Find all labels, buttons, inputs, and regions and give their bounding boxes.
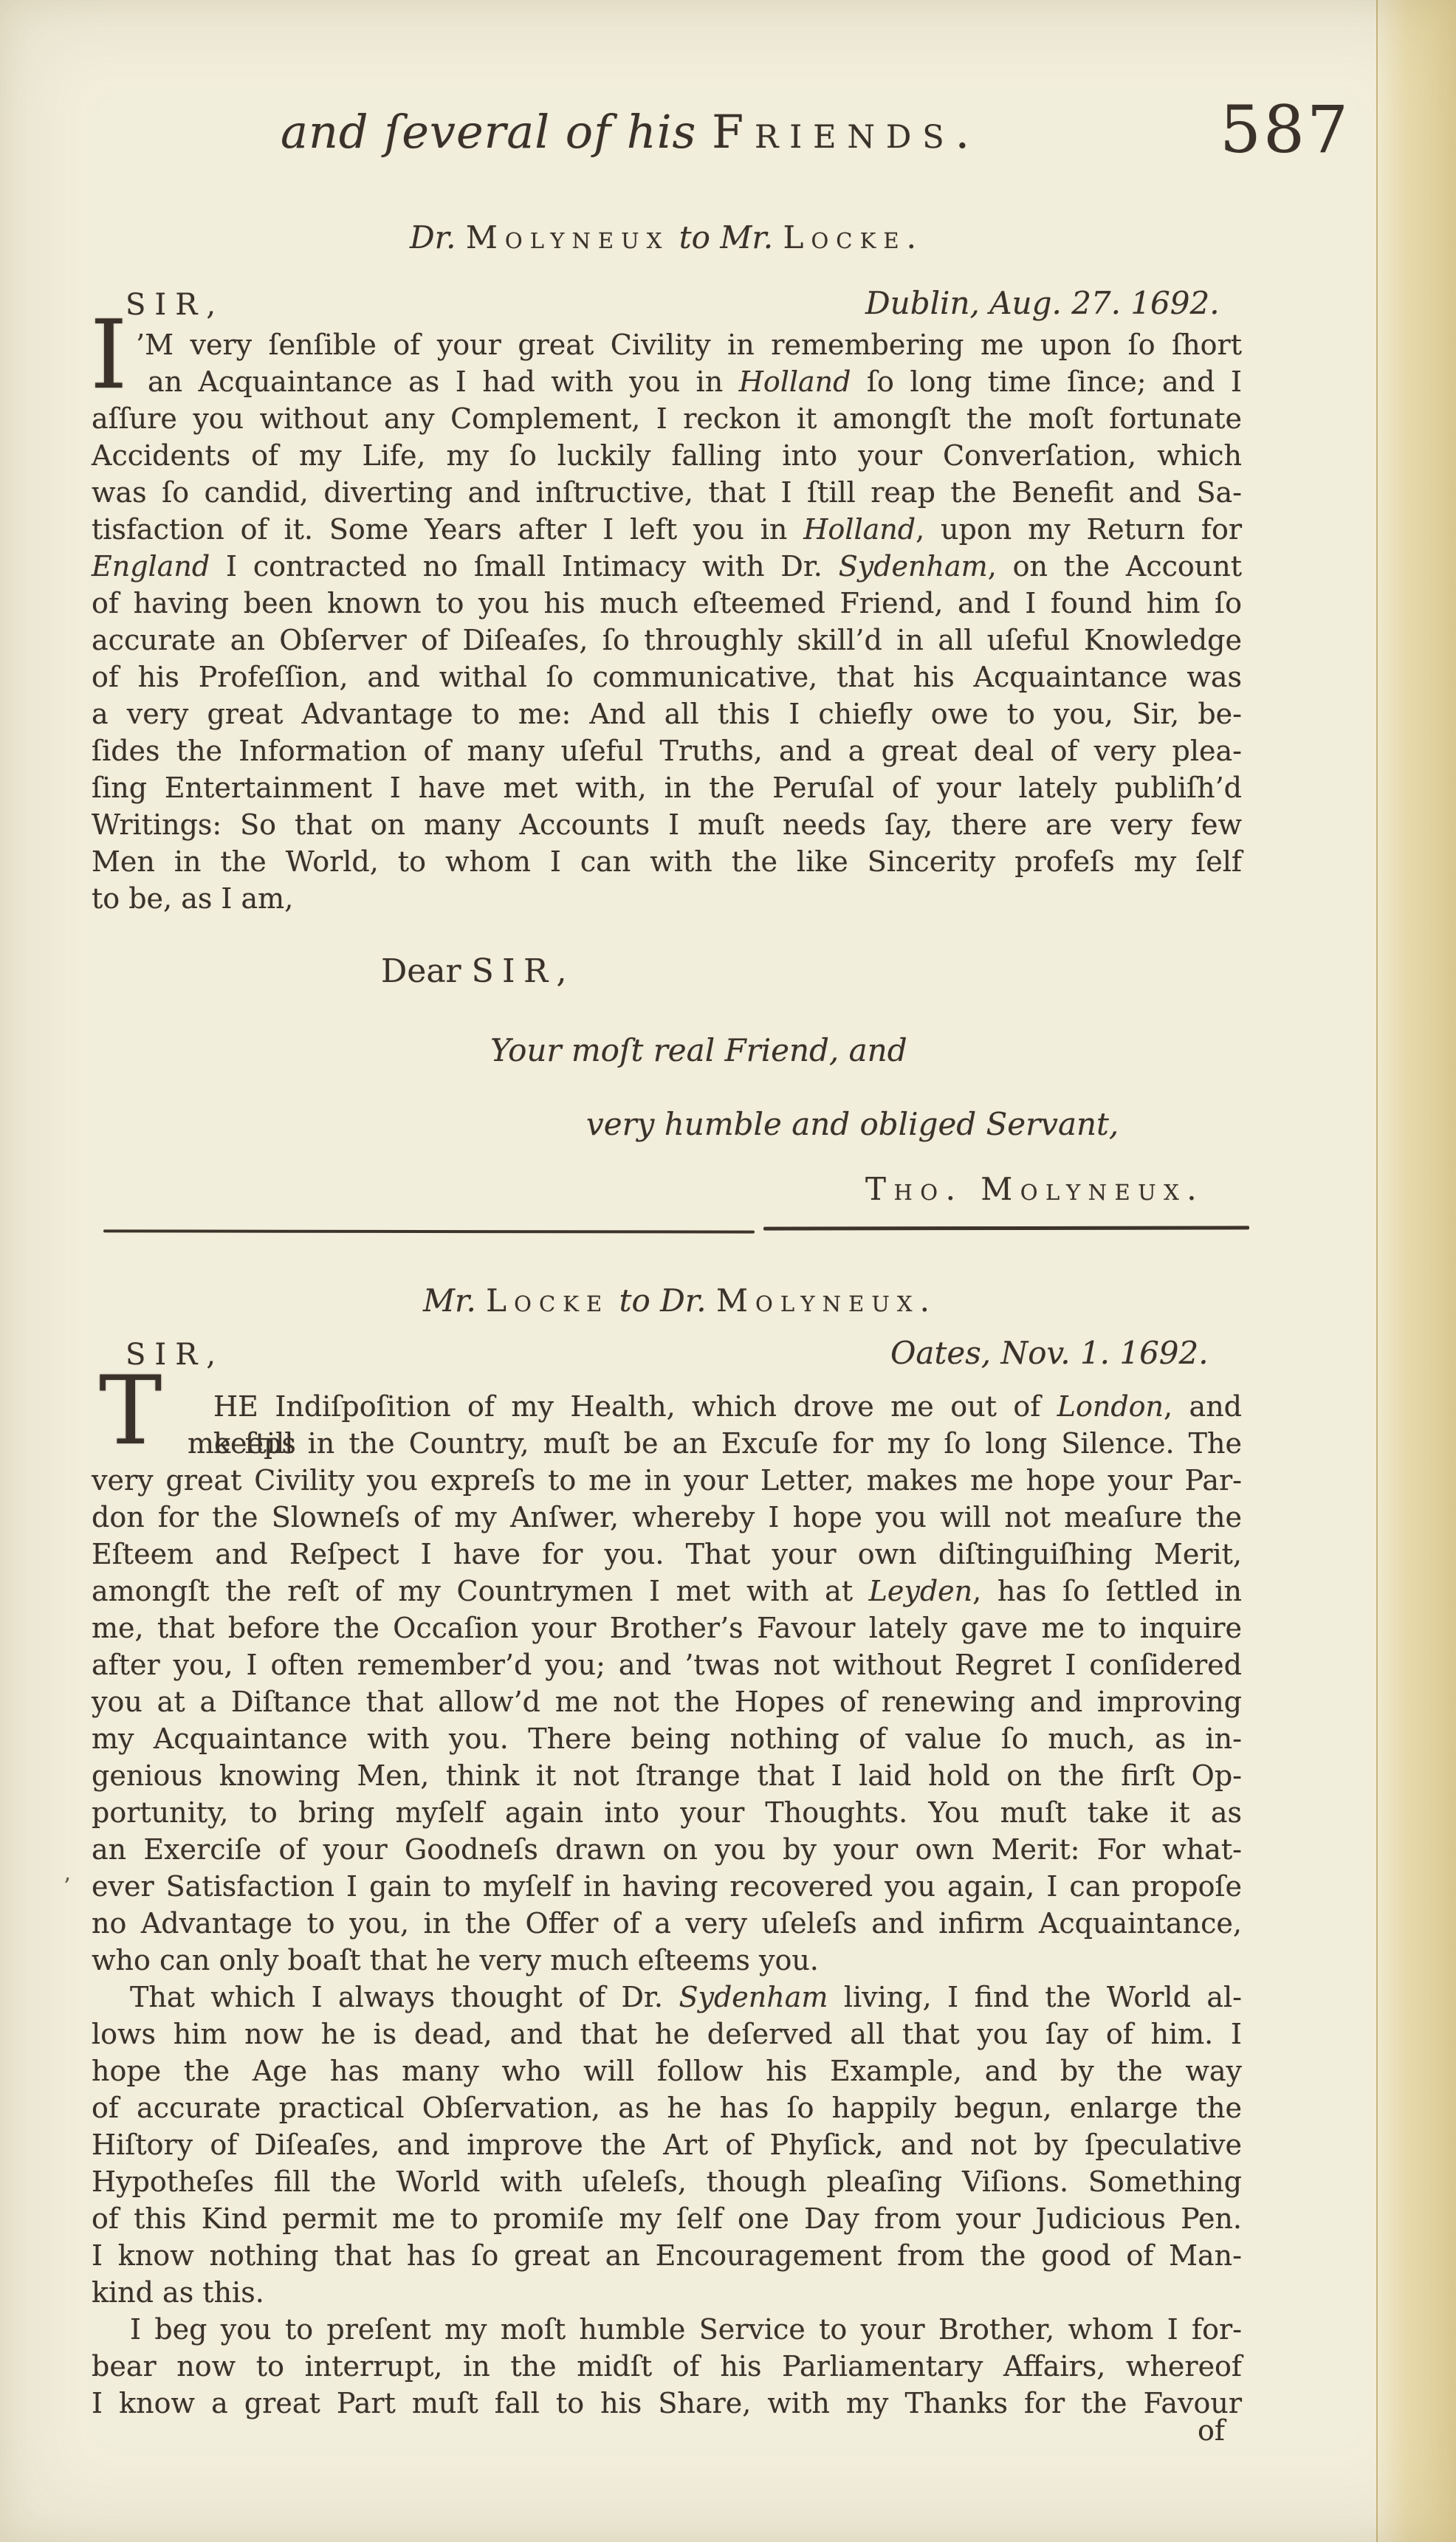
text-segment: lows him now he is dead, and that he deſ… <box>92 2018 1242 2050</box>
text-segment: you at a Diſtance that allow’d me not th… <box>92 1686 1242 1718</box>
text-segment: England <box>92 550 210 583</box>
paragraph: HE Indiſpoſition of my Health, which dro… <box>92 1388 1242 1979</box>
text-line: portunity, to bring myſelf again into yo… <box>92 1794 1242 1831</box>
text-segment: I know a great Part muſt fall to his Sha… <box>92 2387 1242 2419</box>
text-segment: Mr. <box>720 219 783 255</box>
text-segment: my Acquaintance with you. There being no… <box>92 1722 1242 1755</box>
text-segment: bear now to interrupt, in the midſt of h… <box>92 2350 1242 2383</box>
text-segment: London <box>1057 1390 1164 1423</box>
text-segment: Hypotheſes fill the World with uſeleſs, … <box>92 2165 1242 2198</box>
text-segment: Friends. <box>712 105 981 159</box>
text-segment: Accidents of my Life, my ſo luckily fall… <box>92 439 1242 472</box>
text-line: aſſure you without any Complement, I rec… <box>92 400 1242 437</box>
text-line: ſides the Information of many uſeful Tru… <box>92 732 1242 769</box>
text-segment: to <box>609 1282 660 1319</box>
text-segment: SIR, <box>472 952 575 990</box>
text-line: amongſt the reſt of my Countrymen I met … <box>92 1573 1242 1610</box>
text-line: after you, I often remember’d you; and ’… <box>92 1646 1242 1683</box>
letter1-valediction-line2: very humble and obliged Servant, <box>586 1106 1119 1142</box>
text-segment: aſſure you without any Complement, I rec… <box>92 402 1242 435</box>
text-segment: I beg you to preſent my moſt humble Serv… <box>130 2313 1242 2346</box>
letter1-signature: Tho. Molyneux. <box>865 1171 1204 1207</box>
text-line: genious knowing Men, think it not ſtrang… <box>92 1757 1242 1794</box>
text-line: accurate an Obſerver of Diſeaſes, ſo thr… <box>92 622 1242 659</box>
text-segment: amongſt the reſt of my Countrymen I met … <box>92 1575 869 1607</box>
text-line: ’M very ſenſible of your great Civility … <box>92 326 1242 363</box>
text-segment: Locke. <box>783 219 924 255</box>
text-line: was ſo candid, diverting and inſtructive… <box>92 474 1242 511</box>
letter1-body: ’M very ſenſible of your great Civility … <box>92 326 1242 917</box>
text-segment: and ſeveral of his <box>281 105 712 159</box>
text-line: Hypotheſes fill the World with uſeleſs, … <box>92 2163 1242 2200</box>
text-line: HE Indiſpoſition of my Health, which dro… <box>92 1388 1242 1425</box>
text-segment: kind as this. <box>92 2276 264 2309</box>
text-segment: , has ſo ſettled in <box>972 1575 1242 1607</box>
text-segment: hope the Age has many who will follow hi… <box>92 2055 1242 2087</box>
letter1-valediction-line1: Your moſt real Friend, and <box>490 1032 907 1068</box>
paragraph: That which I always thought of Dr. Syden… <box>92 1979 1242 2311</box>
text-segment: Sydenham <box>679 1981 828 2013</box>
text-line: me ſtill in the Country, muſt be an Excu… <box>92 1425 1242 1462</box>
running-header-title: and ſeveral of his Friends. <box>281 105 981 159</box>
text-line: you at a Diſtance that allow’d me not th… <box>92 1683 1242 1720</box>
catchword: of <box>1198 2414 1225 2447</box>
text-segment: genious knowing Men, think it not ſtrang… <box>92 1759 1242 1792</box>
text-line: tisfaction of it. Some Years after I lef… <box>92 511 1242 548</box>
text-segment: Dr. <box>410 219 466 255</box>
text-line: to be, as I am, <box>92 880 1242 917</box>
text-segment: a very great Advantage to me: And all th… <box>92 698 1242 730</box>
text-segment: , upon my Return for <box>916 513 1242 546</box>
letter1-heading: Dr. Molyneux to Mr. Locke. <box>92 219 1325 257</box>
letter2-body: HE Indiſpoſition of my Health, which dro… <box>92 1388 1242 2422</box>
text-segment: accurate an Obſerver of Diſeaſes, ſo thr… <box>92 624 1242 656</box>
text-segment: of his Profeſſion, and withal ſo communi… <box>92 661 1242 693</box>
text-line: of having been known to you his much eſt… <box>92 585 1242 622</box>
text-line: I know a great Part muſt fall to his Sha… <box>92 2385 1242 2422</box>
text-segment: HE Indiſpoſition of my Health, which dro… <box>213 1390 1057 1423</box>
text-line: very great Civility you expreſs to me in… <box>92 1462 1242 1499</box>
text-segment: me ſtill in the Country, muſt be an Excu… <box>188 1427 1242 1460</box>
text-segment: ſo long time ſince; and I <box>851 365 1242 398</box>
text-segment: , on the Account <box>988 550 1242 583</box>
text-segment: very great Civility you expreſs to me in… <box>92 1464 1242 1497</box>
text-line: of accurate practical Obſervation, as he… <box>92 2089 1242 2126</box>
text-segment: to be, as I am, <box>92 882 293 915</box>
text-line: kind as this. <box>92 2274 1242 2311</box>
text-segment: to <box>669 219 720 255</box>
text-line: an Acquaintance as I had with you in Hol… <box>92 363 1242 400</box>
text-line: Hiſtory of Diſeaſes, and improve the Art… <box>92 2126 1242 2163</box>
text-line: I know nothing that has ſo great an Enco… <box>92 2237 1242 2274</box>
letter1-valediction-opening: Dear SIR, <box>381 952 575 990</box>
text-segment: no Advantage to you, in the Offer of a v… <box>92 1907 1242 1940</box>
text-line: bear now to interrupt, in the midſt of h… <box>92 2348 1242 2385</box>
letter1-dateline: Dublin, Aug. 27. 1692. <box>865 285 1220 321</box>
text-segment: who can only boaſt that he very much eſt… <box>92 1944 819 1976</box>
letter2-dateline: Oates, Nov. 1. 1692. <box>890 1335 1209 1371</box>
text-line: lows him now he is dead, and that he deſ… <box>92 2016 1242 2053</box>
text-line: me, that before the Occaſion your Brothe… <box>92 1610 1242 1646</box>
text-segment: after you, I often remember’d you; and ’… <box>92 1649 1242 1681</box>
text-line: don for the Slowneſs of my Anſwer, where… <box>92 1499 1242 1536</box>
ink-speck: ’ <box>63 1874 71 1900</box>
text-segment: Molyneux. <box>716 1282 937 1319</box>
page-edge <box>1376 0 1456 2542</box>
letter1-salutation: SIR, <box>126 288 224 322</box>
text-line: an Exerciſe of your Goodneſs drawn on yo… <box>92 1831 1242 1868</box>
section-divider-rule-right <box>763 1226 1249 1230</box>
text-line: a very great Advantage to me: And all th… <box>92 695 1242 732</box>
text-segment: of accurate practical Obſervation, as he… <box>92 2092 1242 2124</box>
text-segment: of having been known to you his much eſt… <box>92 587 1242 619</box>
text-segment: Dear <box>381 952 472 990</box>
text-segment: ever Satisfaction I gain to myſelf in ha… <box>92 1870 1242 1903</box>
text-line: my Acquaintance with you. There being no… <box>92 1720 1242 1757</box>
text-line: Accidents of my Life, my ſo luckily fall… <box>92 437 1242 474</box>
text-segment: Sydenham <box>839 550 988 583</box>
text-line: Men in the World, to whom I can with the… <box>92 843 1242 880</box>
text-segment: an Exerciſe of your Goodneſs drawn on yo… <box>92 1833 1242 1866</box>
text-segment: was ſo candid, diverting and inſtructive… <box>92 476 1242 509</box>
scanned-book-page: { "colors": { "paper": "#f2eedc", "ink":… <box>0 0 1456 2542</box>
text-line: Eſteem and Reſpect I have for you. That … <box>92 1536 1242 1573</box>
page-number: 587 <box>1220 92 1350 168</box>
text-segment: That which I always thought of Dr. <box>130 1981 679 2013</box>
text-segment: Eſteem and Reſpect I have for you. That … <box>92 1538 1242 1570</box>
text-segment: Holland <box>739 365 851 398</box>
text-segment: ſides the Information of many uſeful Tru… <box>92 735 1242 767</box>
text-segment: Dr. <box>660 1282 716 1319</box>
text-line: Writings: So that on many Accounts I muſ… <box>92 806 1242 843</box>
text-line: of this Kind permit me to promiſe my ſel… <box>92 2200 1242 2237</box>
text-line: I beg you to preſent my moſt humble Serv… <box>92 2311 1242 2348</box>
paragraph: ’M very ſenſible of your great Civility … <box>92 326 1242 917</box>
text-segment: Hiſtory of Diſeaſes, and improve the Art… <box>92 2129 1242 2161</box>
text-line: who can only boaſt that he very much eſt… <box>92 1942 1242 1979</box>
text-segment: Locke <box>486 1282 609 1319</box>
text-line: ever Satisfaction I gain to myſelf in ha… <box>92 1868 1242 1905</box>
text-segment: Holland <box>803 513 916 546</box>
text-segment: I contracted no ſmall Intimacy with Dr. <box>210 550 839 583</box>
letter2-heading: Mr. Locke to Dr. Molyneux. <box>92 1282 1255 1320</box>
text-segment: tisfaction of it. Some Years after I lef… <box>92 513 803 546</box>
text-segment: Writings: So that on many Accounts I muſ… <box>92 808 1242 841</box>
text-segment: of this Kind permit me to promiſe my ſel… <box>92 2202 1242 2235</box>
text-segment: Men in the World, to whom I can with the… <box>92 845 1242 878</box>
text-segment: an Acquaintance as I had with you in <box>148 365 739 398</box>
text-line: hope the Age has many who will follow hi… <box>92 2053 1242 2089</box>
section-divider-rule-left <box>103 1229 755 1233</box>
text-segment: ’M very ſenſible of your great Civility … <box>136 329 1242 361</box>
text-line: England I contracted no ſmall Intimacy w… <box>92 548 1242 585</box>
text-segment: I know nothing that has ſo great an Enco… <box>92 2239 1242 2272</box>
text-segment: don for the Slowneſs of my Anſwer, where… <box>92 1501 1242 1533</box>
text-segment: Leyden <box>869 1575 972 1607</box>
text-segment: living, I find the World al- <box>828 1981 1242 2013</box>
paragraph: I beg you to preſent my moſt humble Serv… <box>92 2311 1242 2422</box>
text-segment: Mr. <box>423 1282 486 1319</box>
text-line: That which I always thought of Dr. Syden… <box>92 1979 1242 2016</box>
text-line: ſing Entertainment I have met with, in t… <box>92 769 1242 806</box>
text-segment: Molyneux <box>466 219 670 255</box>
text-line: no Advantage to you, in the Offer of a v… <box>92 1905 1242 1942</box>
text-segment: me, that before the Occaſion your Brothe… <box>92 1612 1242 1644</box>
text-line: of his Profeſſion, and withal ſo communi… <box>92 659 1242 695</box>
text-segment: ſing Entertainment I have met with, in t… <box>92 772 1242 804</box>
text-segment: portunity, to bring myſelf again into yo… <box>92 1796 1242 1829</box>
